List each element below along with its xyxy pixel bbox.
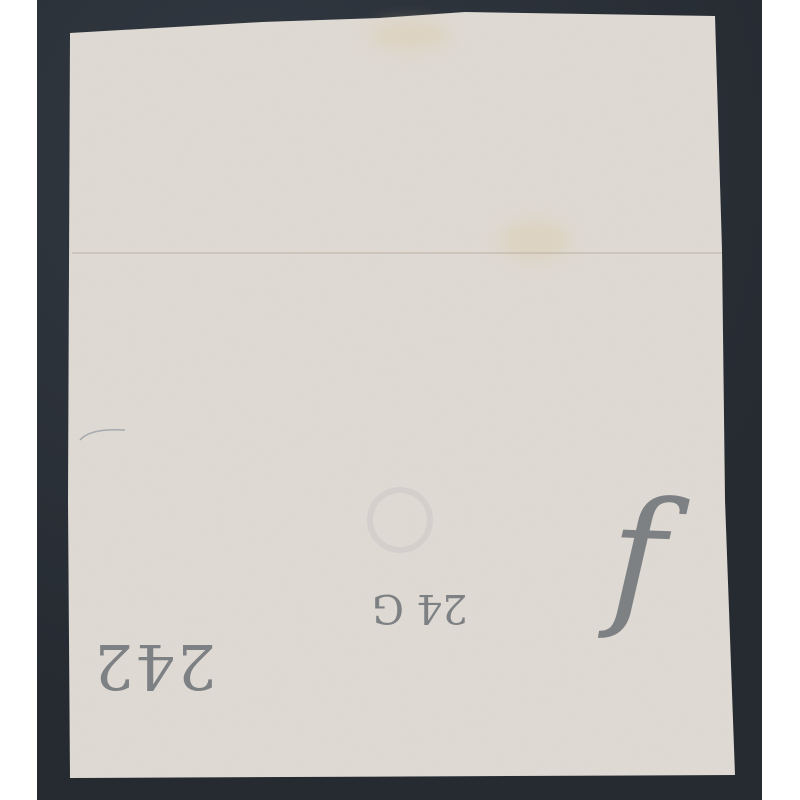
pencil-signature: f — [607, 469, 669, 645]
pencil-mark-number: 242 — [92, 630, 216, 703]
paper-fold-line — [72, 252, 722, 254]
pencil-mark-code: 24 G — [372, 585, 468, 631]
paper-stain — [370, 20, 450, 50]
paper-stain — [500, 220, 570, 260]
